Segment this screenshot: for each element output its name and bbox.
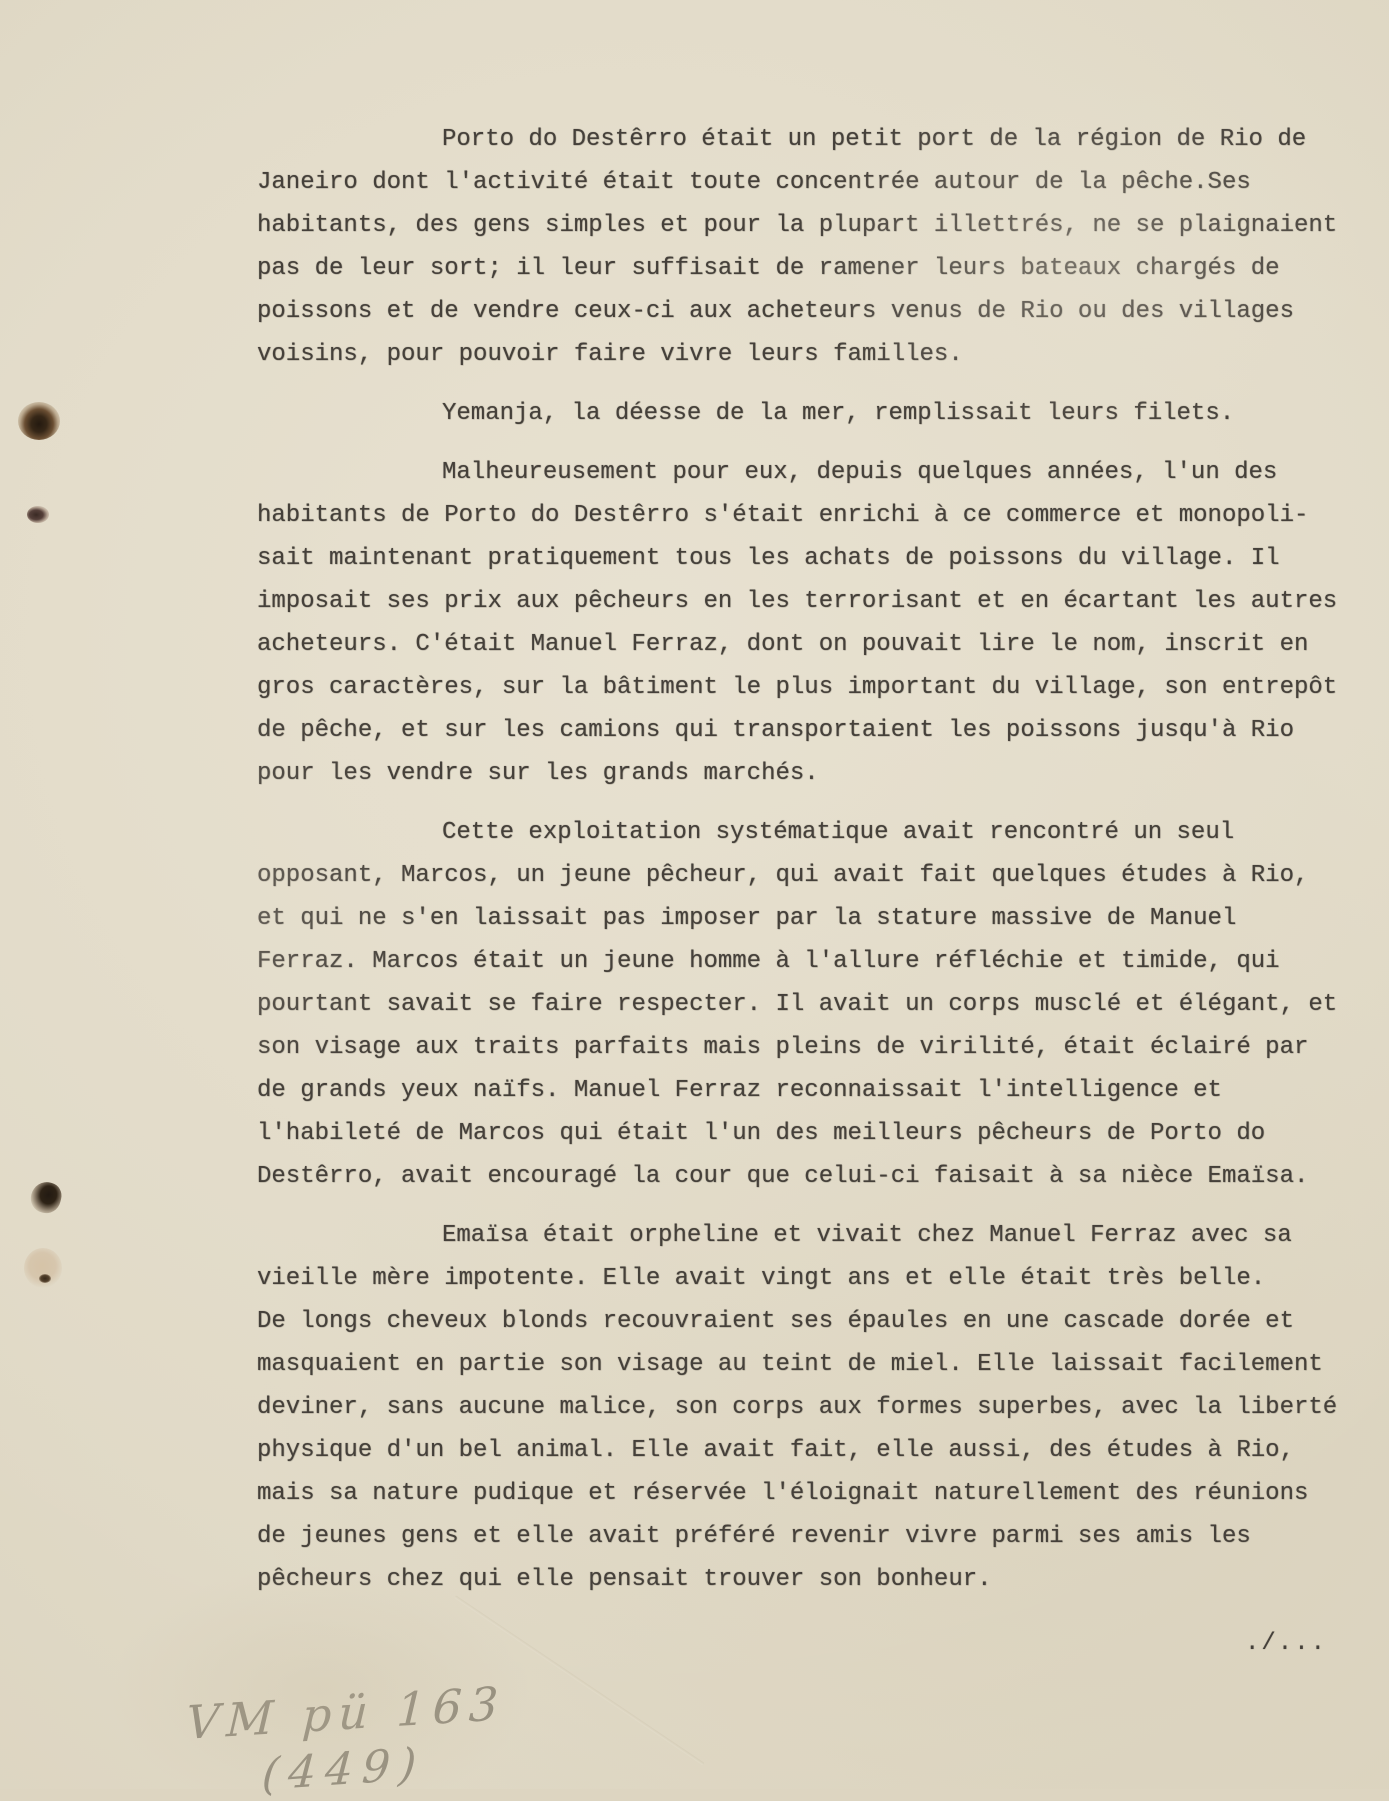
ink-stain-dark	[28, 1179, 65, 1216]
paragraph: Yemanja, la déesse de la mer, remplissai…	[257, 392, 1367, 435]
wax-stain-dark-dot	[39, 1274, 51, 1283]
ink-stain-small	[27, 506, 49, 523]
wax-stain-light	[24, 1248, 62, 1288]
handwritten-reference-number: VM pü 163	[185, 1676, 506, 1750]
paragraph: Porto do Destêrro était un petit port de…	[257, 118, 1367, 376]
document-page: Porto do Destêrro était un petit port de…	[0, 0, 1389, 1789]
paper-crease	[454, 1595, 704, 1765]
continuation-mark: ./...	[1245, 1622, 1327, 1665]
typewritten-text-body: Porto do Destêrro était un petit port de…	[257, 118, 1367, 1601]
ink-stain-hole-1	[18, 402, 60, 440]
paragraph: Cette exploitation systématique avait re…	[257, 811, 1367, 1198]
paragraph: Emaïsa était orpheline et vivait chez Ma…	[257, 1214, 1367, 1601]
handwritten-page-number: (449)	[260, 1738, 427, 1789]
paragraph: Malheureusement pour eux, depuis quelque…	[257, 451, 1367, 795]
